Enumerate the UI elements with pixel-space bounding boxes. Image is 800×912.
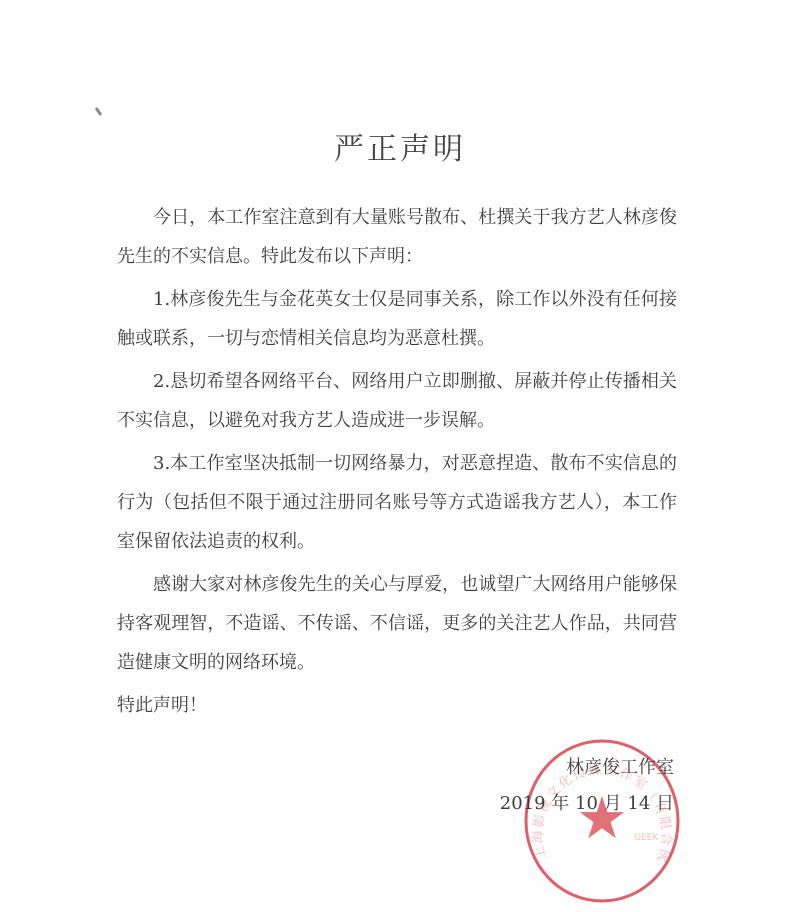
paragraph-closing: 特此声明！: [117, 686, 677, 725]
document-title: 严正声明: [0, 130, 800, 170]
signature-organization: 林彦俊工作室: [500, 750, 674, 786]
document-body: 今日，本工作室注意到有大量账号散布、杜撰关于我方艺人林彦俊先生的不实信息。特此发…: [117, 198, 677, 729]
scan-speck: [95, 107, 103, 116]
signature-date: 2019 年 10 月 14 日: [500, 786, 674, 822]
paragraph-item-3: 3.本工作室坚决抵制一切网络暴力，对恶意捏造、散布不实信息的行为（包括但不限于通…: [117, 444, 677, 561]
document-page: 严正声明 今日，本工作室注意到有大量账号散布、杜撰关于我方艺人林彦俊先生的不实信…: [0, 0, 800, 912]
svg-text:GEEK: GEEK: [634, 833, 659, 843]
paragraph-item-2: 2.恳切希望各网络平台、网络用户立即删撤、屏蔽并停止传播相关不实信息，以避免对我…: [117, 362, 677, 440]
paragraph-item-1: 1.林彦俊先生与金花英女士仅是同事关系，除工作以外没有任何接触或联系，一切与恋情…: [117, 280, 677, 358]
paragraph-thanks: 感谢大家对林彦俊先生的关心与厚爱，也诚望广大网络用户能够保持客观理智，不造谣、不…: [117, 565, 677, 682]
signature-block: 林彦俊工作室 2019 年 10 月 14 日: [500, 750, 674, 822]
paragraph-intro: 今日，本工作室注意到有大量账号散布、杜撰关于我方艺人林彦俊先生的不实信息。特此发…: [117, 198, 677, 276]
